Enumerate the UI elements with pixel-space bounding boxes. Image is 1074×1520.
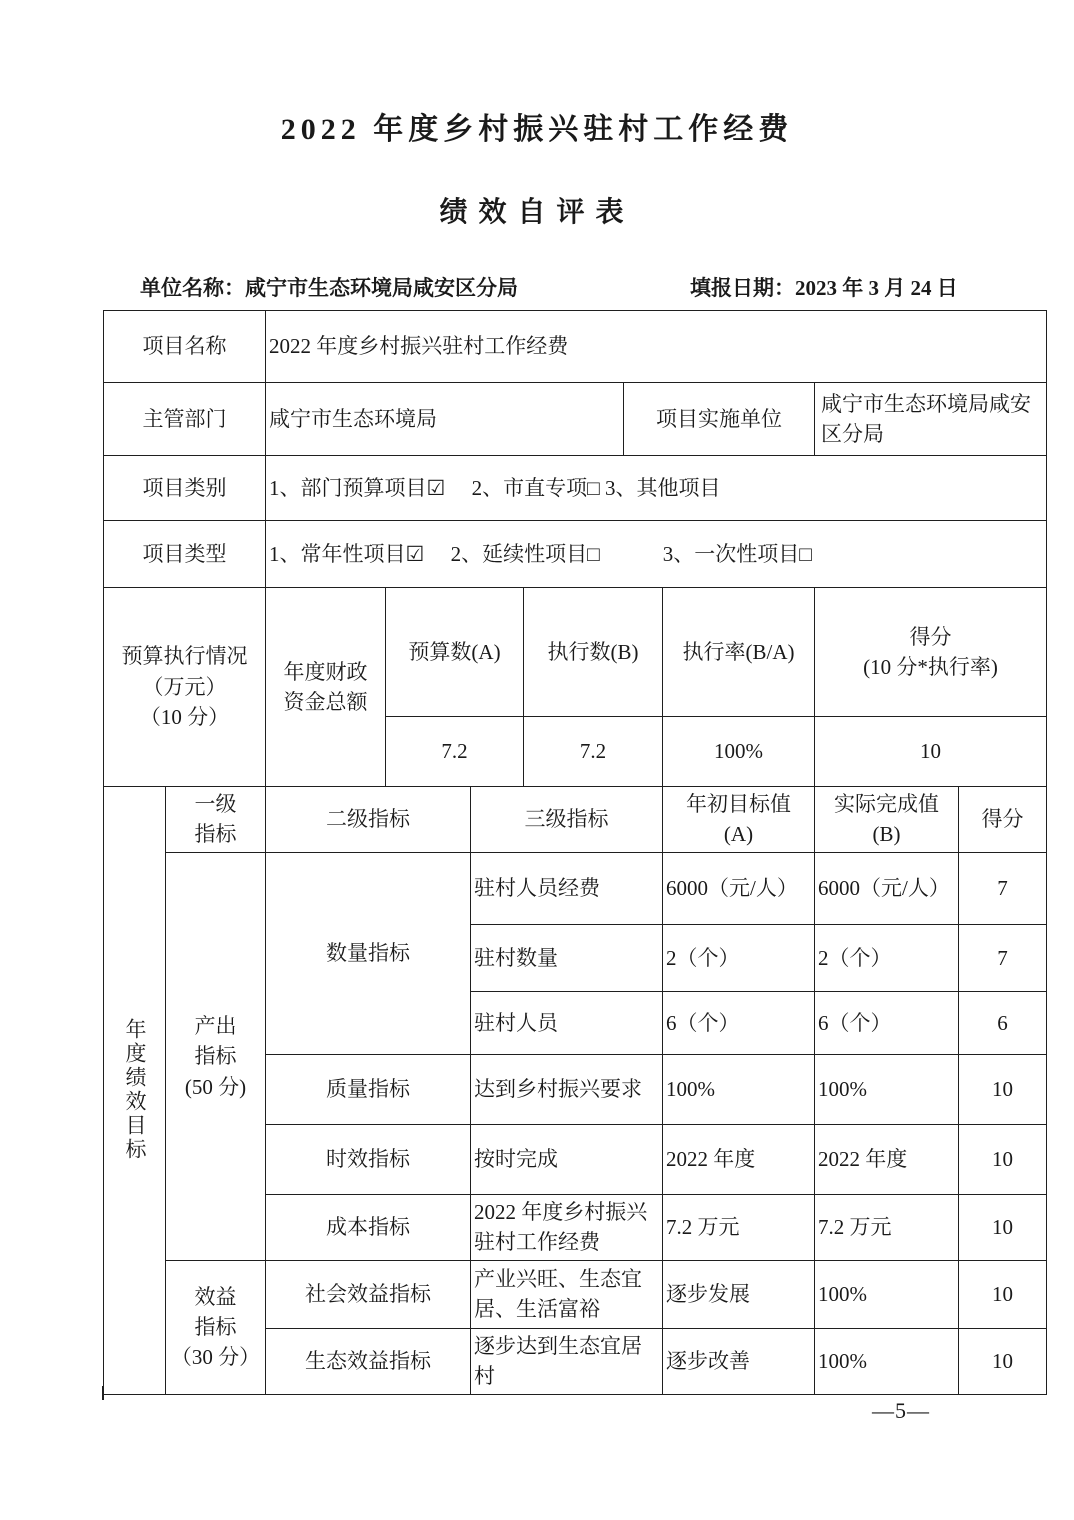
budget-col-header: 预算数(A) (386, 588, 524, 717)
category-label: 项目类别 (104, 456, 266, 521)
report-date: 填报日期：2023 年 3 月 24 日 (690, 272, 958, 302)
indicator-target: 100% (663, 1054, 815, 1124)
sub-quality-label: 质量指标 (266, 1054, 471, 1124)
performance-side-label: 年度绩效目标 (104, 787, 166, 1395)
indicator-actual: 100% (815, 1328, 959, 1394)
actual-header: 实际完成值 (B) (815, 787, 959, 853)
indicator-name: 2022 年度乡村振兴驻村工作经费 (471, 1194, 663, 1260)
indicator-actual: 2022 年度 (815, 1124, 959, 1194)
sub-time-label: 时效指标 (266, 1124, 471, 1194)
unit-name: 单位名称：咸宁市生态环境局咸安区分局 (140, 272, 518, 302)
table-left-border-stub (102, 1386, 104, 1400)
project-name-value: 2022 年度乡村振兴驻村工作经费 (266, 311, 1047, 383)
indicator-name: 逐步达到生态宜居村 (471, 1328, 663, 1394)
indicator-name: 达到乡村振兴要求 (471, 1054, 663, 1124)
score-header: 得分 (959, 787, 1047, 853)
indicator-actual: 7.2 万元 (815, 1194, 959, 1260)
indicator-score: 10 (959, 1328, 1047, 1394)
indicator-name: 驻村人员经费 (471, 852, 663, 924)
implementing-unit-value: 咸宁市生态环境局咸安区分局 (815, 383, 1047, 456)
indicator-target: 2022 年度 (663, 1124, 815, 1194)
rate-col-header: 执行率(B/A) (663, 588, 815, 717)
budget-total-fund-label: 年度财政 资金总额 (266, 588, 386, 787)
type-label: 项目类型 (104, 521, 266, 588)
department-value: 咸宁市生态环境局 (266, 383, 624, 456)
meta-line: 单位名称：咸宁市生态环境局咸安区分局 填报日期：2023 年 3 月 24 日 (0, 272, 1074, 302)
indicator-name: 驻村数量 (471, 924, 663, 991)
row-project-name: 项目名称 2022 年度乡村振兴驻村工作经费 (104, 311, 1047, 383)
indicator-score: 7 (959, 852, 1047, 924)
indicator-name: 驻村人员 (471, 991, 663, 1054)
indicator-actual: 2（个） (815, 924, 959, 991)
indicator-actual: 100% (815, 1260, 959, 1328)
row-department: 主管部门 咸宁市生态环境局 项目实施单位 咸宁市生态环境局咸安区分局 (104, 383, 1047, 456)
category-checkboxes: 1、部门预算项目☑ 2、市直专项□ 3、其他项目 (266, 456, 1047, 521)
indicator-name: 按时完成 (471, 1124, 663, 1194)
indicator-actual: 100% (815, 1054, 959, 1124)
indicator-target: 6（个） (663, 991, 815, 1054)
implementing-unit-label: 项目实施单位 (624, 383, 815, 456)
indicator-row: 效益 指标 （30 分） 社会效益指标 产业兴旺、生态宜居、生活富裕 逐步发展 … (104, 1260, 1047, 1328)
sub-eco-label: 生态效益指标 (266, 1328, 471, 1394)
indicator-target: 7.2 万元 (663, 1194, 815, 1260)
indicator-name: 产业兴旺、生态宜居、生活富裕 (471, 1260, 663, 1328)
indicator-target: 逐步发展 (663, 1260, 815, 1328)
department-label: 主管部门 (104, 383, 266, 456)
execution-col-header: 执行数(B) (524, 588, 663, 717)
indicator-row: 产出 指标 (50 分) 数量指标 驻村人员经费 6000（元/人） 6000（… (104, 852, 1047, 924)
indicator-score: 10 (959, 1054, 1047, 1124)
page-number: —5— (872, 1398, 930, 1424)
row-category: 项目类别 1、部门预算项目☑ 2、市直专项□ 3、其他项目 (104, 456, 1047, 521)
indicator-target: 2（个） (663, 924, 815, 991)
level1-header: 一级 指标 (166, 787, 266, 853)
document-title: 2022 年度乡村振兴驻村工作经费 (0, 0, 1074, 148)
sub-quantity-label: 数量指标 (266, 852, 471, 1054)
indicator-score: 10 (959, 1194, 1047, 1260)
budget-value: 7.2 (386, 717, 524, 787)
target-header: 年初目标值 (A) (663, 787, 815, 853)
performance-side-label-text: 年度绩效目标 (124, 1018, 145, 1162)
row-indicator-header: 年度绩效目标 一级 指标 二级指标 三级指标 年初目标值 (A) 实际完成值 (… (104, 787, 1047, 853)
sub-cost-label: 成本指标 (266, 1194, 471, 1260)
indicator-score: 6 (959, 991, 1047, 1054)
level3-header: 三级指标 (471, 787, 663, 853)
indicator-target: 逐步改善 (663, 1328, 815, 1394)
budget-section-label: 预算执行情况 （万元） （10 分） (104, 588, 266, 787)
level2-header: 二级指标 (266, 787, 471, 853)
document-subtitle: 绩效自评表 (0, 196, 1074, 230)
document-page: 2022 年度乡村振兴驻村工作经费 绩效自评表 单位名称：咸宁市生态环境局咸安区… (0, 0, 1074, 1520)
type-checkboxes: 1、常年性项目☑ 2、延续性项目□ 3、一次性项目□ (266, 521, 1047, 588)
budget-score-value: 10 (815, 717, 1047, 787)
indicator-actual: 6（个） (815, 991, 959, 1054)
row-type: 项目类型 1、常年性项目☑ 2、延续性项目□ 3、一次性项目□ (104, 521, 1047, 588)
group-benefit-label: 效益 指标 （30 分） (166, 1260, 266, 1394)
indicator-score: 10 (959, 1124, 1047, 1194)
indicator-score: 7 (959, 924, 1047, 991)
sub-social-label: 社会效益指标 (266, 1260, 471, 1328)
indicator-actual: 6000（元/人） (815, 852, 959, 924)
indicator-score: 10 (959, 1260, 1047, 1328)
project-name-label: 项目名称 (104, 311, 266, 383)
evaluation-table: 项目名称 2022 年度乡村振兴驻村工作经费 主管部门 咸宁市生态环境局 项目实… (103, 310, 1047, 1395)
indicator-target: 6000（元/人） (663, 852, 815, 924)
rate-value: 100% (663, 717, 815, 787)
execution-value: 7.2 (524, 717, 663, 787)
budget-score-col-header: 得分 (10 分*执行率) (815, 588, 1047, 717)
row-budget-header: 预算执行情况 （万元） （10 分） 年度财政 资金总额 预算数(A) 执行数(… (104, 588, 1047, 717)
group-output-label: 产出 指标 (50 分) (166, 852, 266, 1260)
